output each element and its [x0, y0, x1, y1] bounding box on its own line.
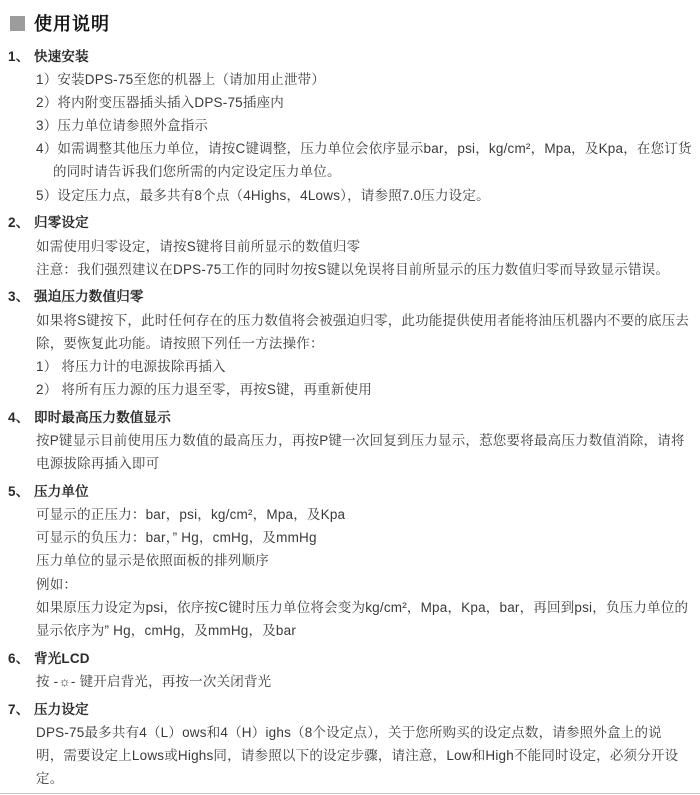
- text-line: 如需使用归零设定，请按S键将目前所显示的数值归零: [8, 235, 692, 258]
- section-number: 3、: [8, 285, 34, 308]
- bottom-rule: [0, 793, 700, 794]
- section-heading: 7、压力设定: [8, 698, 692, 721]
- text-line: 明，需要设定上Lows或Highs同，请参照以下的设定步骤，请注意，Low和Hi…: [8, 744, 692, 767]
- section-number: 5、: [8, 480, 34, 503]
- page-title-row: 使用说明: [8, 8, 692, 40]
- section-number: 6、: [8, 647, 34, 670]
- text-line: 可显示的正压力：bar，psi，kg/cm²，Mpa，及Kpa: [8, 503, 692, 526]
- text-line: 1）安装DPS-75至您的机器上（请加用止泄带）: [8, 68, 692, 91]
- section-heading-label: 压力设定: [34, 702, 89, 717]
- title-bullet-icon: [10, 16, 25, 31]
- text-line: DPS-75最多共有4（L）ows和4（H）ighs（8个设定点），关于您所购买…: [8, 721, 692, 744]
- text-line: 显示依序为” Hg，cmHg，及mmHg，及bar: [8, 619, 692, 642]
- text-line: 3）压力单位请参照外盒指示: [8, 114, 692, 137]
- text-line: 5）设定压力点，最多共有8个点（4Highs，4Lows），请参照7.0压力设定…: [8, 184, 692, 207]
- text-line: 2） 将所有压力源的压力退至零，再按S键，再重新使用: [8, 378, 692, 401]
- section-heading-label: 归零设定: [34, 215, 89, 230]
- text-line: 定。: [8, 767, 692, 790]
- text-line: 注意：我们强烈建议在DPS-75工作的同时勿按S键以免误将目前所显示的压力数值归…: [8, 258, 692, 281]
- text-line: 除，要恢复此功能。请按照下列任一方法操作：: [8, 332, 692, 355]
- text-line: 按P键显示目前使用压力数值的最高压力，再按P键一次回复到压力显示，惹您要将最高压…: [8, 429, 692, 452]
- section-heading-label: 背光LCD: [34, 651, 90, 666]
- text-line: 电源拔除再插入即可: [8, 452, 692, 475]
- text-line: 1） 将压力计的电源拔除再插入: [8, 355, 692, 378]
- text-line: 可显示的负压力：bar，” Hg，cmHg，及mmHg: [8, 526, 692, 549]
- text-line: 例如：: [8, 573, 692, 596]
- text-line: 如果将S键按下，此时任何存在的压力数值将会被强迫归零，此功能提供使用者能将油压机…: [8, 309, 692, 332]
- section-number: 1、: [8, 45, 34, 68]
- section-heading: 5、压力单位: [8, 480, 692, 503]
- text-line: 的同时请告诉我们您所需的内定设定压力单位。: [8, 160, 692, 183]
- text-line: 2）将内附变压器插头插入DPS-75插座内: [8, 91, 692, 114]
- section-heading: 6、背光LCD: [8, 647, 692, 670]
- section-number: 4、: [8, 406, 34, 429]
- text-line: 按 -☼- 键开启背光，再按一次关闭背光: [8, 670, 692, 693]
- sections-container: 1、快速安装1）安装DPS-75至您的机器上（请加用止泄带）2）将内附变压器插头…: [8, 45, 692, 791]
- section-heading: 4、即时最高压力数值显示: [8, 406, 692, 429]
- document-page: 使用说明 1、快速安装1）安装DPS-75至您的机器上（请加用止泄带）2）将内附…: [0, 0, 700, 790]
- text-line: 如果原压力设定为psi，依序按C键时压力单位将会变为kg/cm²，Mpa，Kpa…: [8, 596, 692, 619]
- page-title: 使用说明: [34, 10, 110, 36]
- section-heading-label: 压力单位: [34, 484, 89, 499]
- section-heading: 1、快速安装: [8, 45, 692, 68]
- section-number: 2、: [8, 211, 34, 234]
- text-line: 4）如需调整其他压力单位，请按C键调整，压力单位会依序显示bar，psi，kg/…: [8, 137, 692, 160]
- section-heading: 2、归零设定: [8, 211, 692, 234]
- section-heading-label: 即时最高压力数值显示: [34, 410, 171, 425]
- section-number: 7、: [8, 698, 34, 721]
- section-heading: 3、强迫压力数值归零: [8, 285, 692, 308]
- section-heading-label: 强迫压力数值归零: [34, 289, 144, 304]
- text-line: 压力单位的显示是依照面板的排列顺序: [8, 549, 692, 572]
- section-heading-label: 快速安装: [34, 49, 89, 64]
